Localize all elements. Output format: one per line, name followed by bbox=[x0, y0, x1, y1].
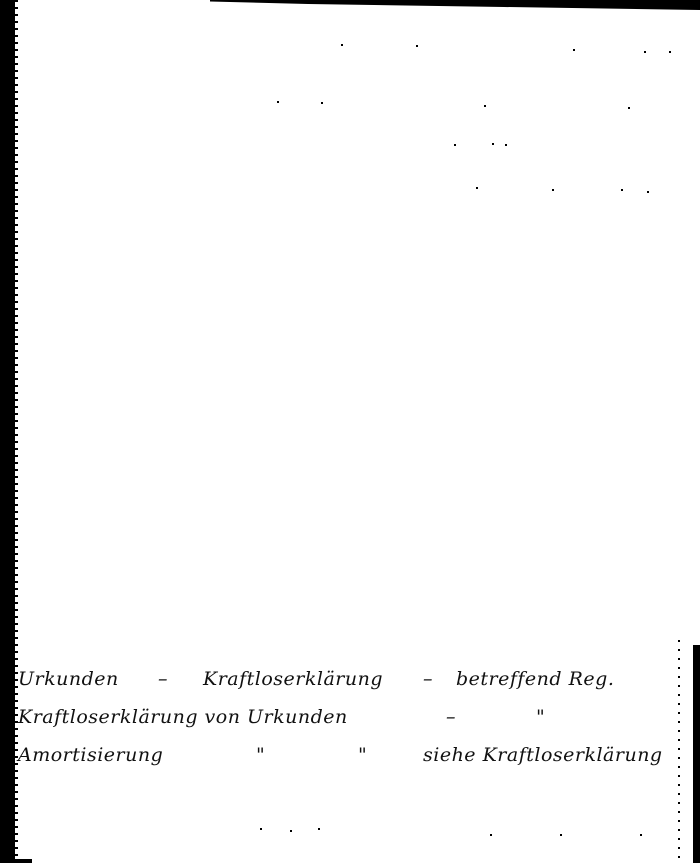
entry-note: siehe Kraftloserklärung bbox=[423, 744, 663, 766]
entry-line-1: Urkunden – Kraftloserklärung – betreffen… bbox=[18, 668, 678, 706]
ditto-mark: " bbox=[358, 744, 367, 766]
ditto-mark: " bbox=[536, 706, 545, 728]
scan-speck bbox=[628, 107, 630, 109]
scan-speck bbox=[560, 834, 562, 836]
entry-heading: Kraftloserklärung bbox=[203, 668, 383, 690]
scan-speck bbox=[277, 101, 279, 103]
entry-dash: – bbox=[446, 706, 456, 728]
scan-speck bbox=[321, 102, 323, 104]
scan-speck bbox=[492, 143, 494, 145]
scan-speck bbox=[573, 49, 575, 51]
scan-speck bbox=[647, 191, 649, 193]
entry-term: Urkunden bbox=[18, 668, 119, 690]
entry-note: betreffend Reg. bbox=[456, 668, 614, 690]
entry-dash: – bbox=[423, 668, 433, 690]
scan-speck bbox=[476, 187, 478, 189]
scan-speck bbox=[260, 828, 262, 830]
scan-speck bbox=[552, 189, 554, 191]
scan-speck bbox=[318, 828, 320, 830]
scan-speck bbox=[644, 51, 646, 53]
scan-speck bbox=[454, 144, 456, 146]
scan-speck bbox=[416, 45, 418, 47]
scan-speck bbox=[490, 834, 492, 836]
scan-speck bbox=[669, 51, 671, 53]
scan-top-edge bbox=[210, 0, 700, 10]
entry-term: Kraftloserklärung von Urkunden bbox=[18, 706, 348, 728]
scan-speck bbox=[290, 830, 292, 832]
scan-speck bbox=[484, 105, 486, 107]
scan-speck bbox=[505, 144, 507, 146]
scan-speck bbox=[341, 44, 343, 46]
entry-dash: – bbox=[158, 668, 168, 690]
scan-left-edge bbox=[0, 0, 15, 863]
scan-speck bbox=[640, 834, 642, 836]
ditto-mark: " bbox=[256, 744, 265, 766]
entry-line-3: Amortisierung " " siehe Kraftloserklärun… bbox=[18, 744, 678, 782]
scan-right-dots bbox=[678, 640, 680, 860]
scan-speck bbox=[621, 189, 623, 191]
entry-line-2: Kraftloserklärung von Urkunden – " bbox=[18, 706, 678, 744]
handwritten-entries: Urkunden – Kraftloserklärung – betreffen… bbox=[18, 668, 678, 782]
scan-bottom-corner bbox=[0, 859, 32, 863]
scan-right-edge bbox=[693, 645, 700, 863]
entry-term: Amortisierung bbox=[18, 744, 163, 766]
